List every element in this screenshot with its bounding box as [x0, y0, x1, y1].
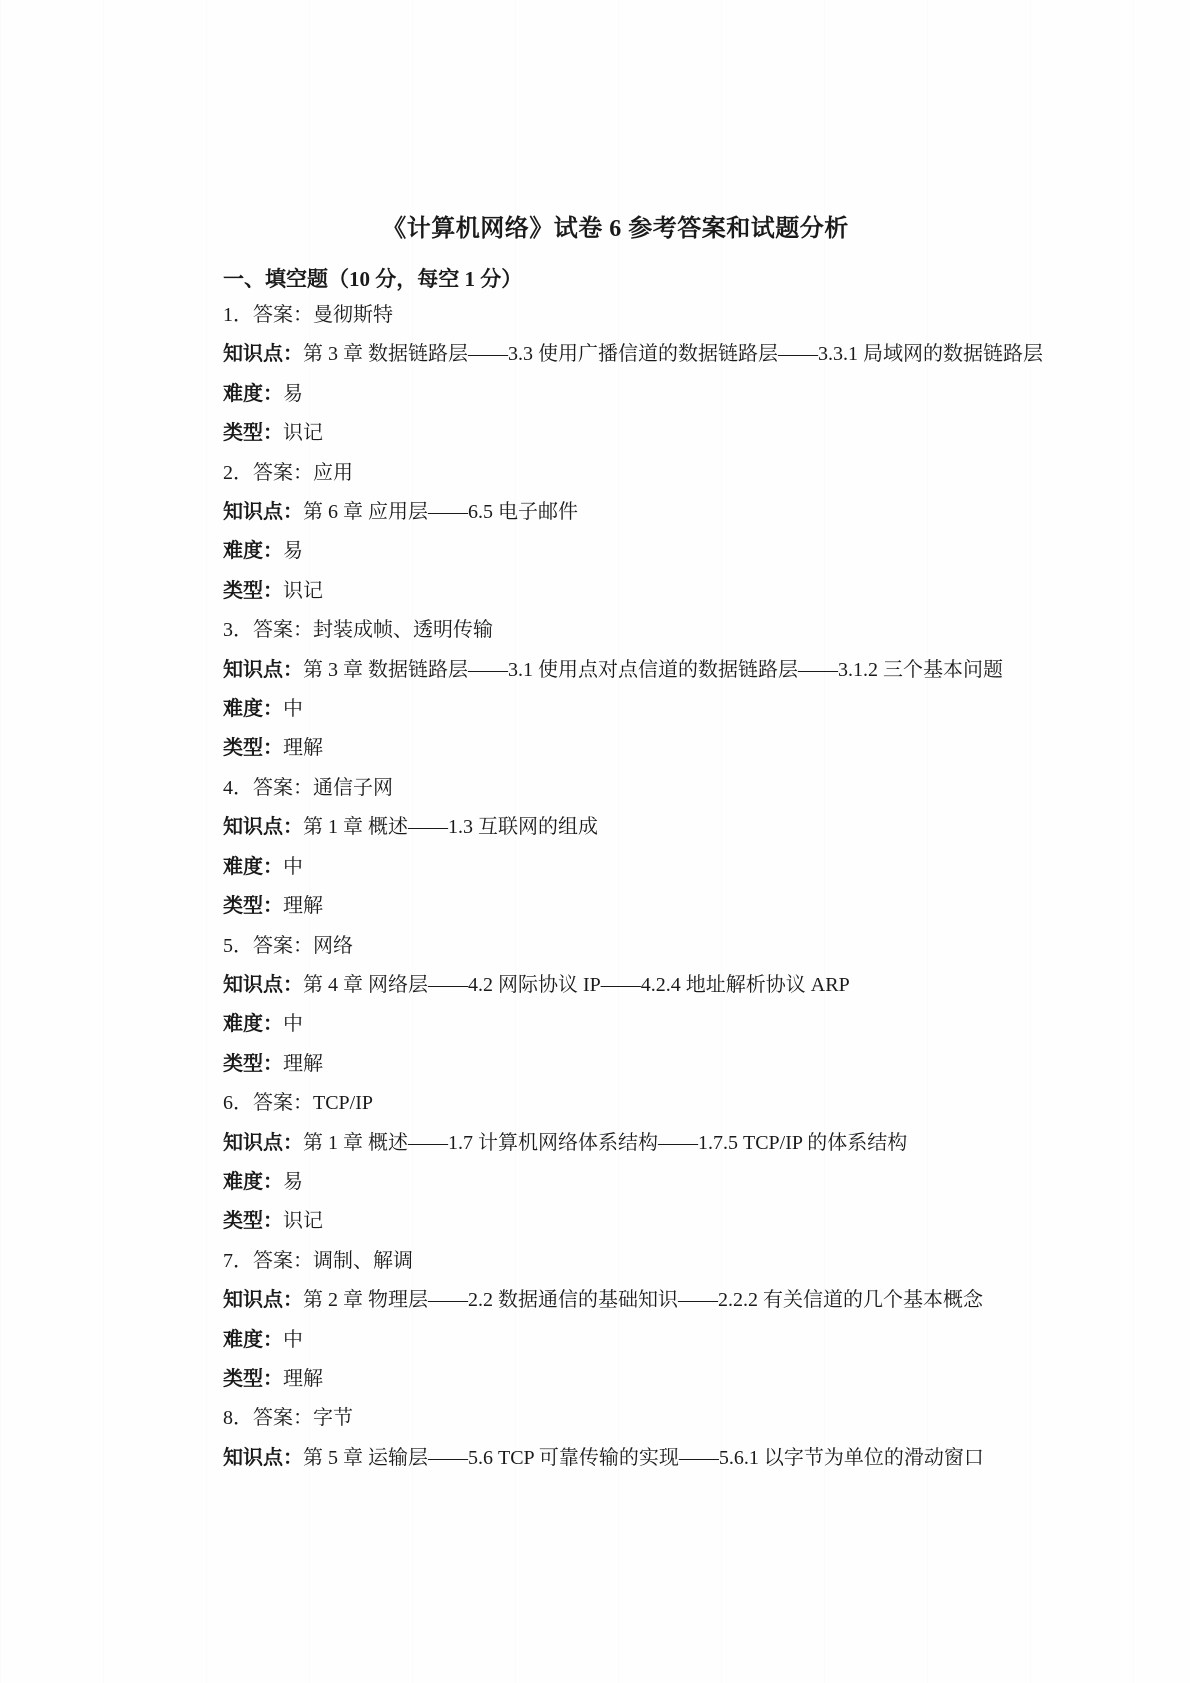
- difficulty-line: 难度：中: [223, 1005, 1058, 1044]
- type-line: 类型：识记: [223, 1202, 1058, 1241]
- question-item: 6．答案：TCP/IP 知识点：第 1 章 概述——1.7 计算机网络体系结构—…: [223, 1084, 1058, 1242]
- type-label: 类型：: [223, 737, 283, 759]
- difficulty-value: 易: [283, 1171, 303, 1193]
- type-line: 类型：理解: [223, 729, 1058, 768]
- section-heading: 一、填空题（10 分，每空 1 分）: [223, 265, 1058, 293]
- knowledge-label: 知识点：: [223, 1289, 303, 1311]
- type-value: 理解: [283, 1053, 323, 1075]
- item-number: 7．: [223, 1250, 253, 1272]
- question-item: 5．答案：网络 知识点：第 4 章 网络层——4.2 网际协议 IP——4.2.…: [223, 927, 1058, 1085]
- answer-line: 5．答案：网络: [223, 927, 1058, 966]
- item-number: 6．: [223, 1092, 253, 1114]
- answer-label: 答案：: [253, 619, 313, 641]
- knowledge-value: 第 1 章 概述——1.7 计算机网络体系结构——1.7.5 TCP/IP 的体…: [303, 1132, 907, 1154]
- item-number: 5．: [223, 935, 253, 957]
- item-number: 2．: [223, 462, 253, 484]
- answer-label: 答案：: [253, 304, 313, 326]
- knowledge-label: 知识点：: [223, 974, 303, 996]
- difficulty-value: 易: [283, 540, 303, 562]
- difficulty-label: 难度：: [223, 1171, 283, 1193]
- answer-list: 1．答案：曼彻斯特 知识点：第 3 章 数据链路层——3.3 使用广播信道的数据…: [223, 296, 1058, 1478]
- difficulty-value: 中: [283, 856, 303, 878]
- difficulty-label: 难度：: [223, 856, 283, 878]
- type-label: 类型：: [223, 580, 283, 602]
- type-label: 类型：: [223, 1053, 283, 1075]
- knowledge-line: 知识点：第 1 章 概述——1.3 互联网的组成: [223, 808, 1058, 847]
- knowledge-value: 第 3 章 数据链路层——3.1 使用点对点信道的数据链路层——3.1.2 三个…: [303, 659, 1003, 681]
- answer-line: 1．答案：曼彻斯特: [223, 296, 1058, 335]
- knowledge-line: 知识点：第 3 章 数据链路层——3.3 使用广播信道的数据链路层——3.3.1…: [223, 335, 1058, 374]
- knowledge-line: 知识点：第 5 章 运输层——5.6 TCP 可靠传输的实现——5.6.1 以字…: [223, 1439, 1058, 1478]
- answer-label: 答案：: [253, 777, 313, 799]
- difficulty-line: 难度：易: [223, 1163, 1058, 1202]
- knowledge-label: 知识点：: [223, 1132, 303, 1154]
- type-label: 类型：: [223, 422, 283, 444]
- question-item: 7．答案：调制、解调 知识点：第 2 章 物理层——2.2 数据通信的基础知识—…: [223, 1242, 1058, 1400]
- type-line: 类型：识记: [223, 572, 1058, 611]
- item-number: 8．: [223, 1407, 253, 1429]
- knowledge-value: 第 6 章 应用层——6.5 电子邮件: [303, 501, 578, 523]
- type-line: 类型：识记: [223, 414, 1058, 453]
- answer-line: 6．答案：TCP/IP: [223, 1084, 1058, 1123]
- difficulty-label: 难度：: [223, 540, 283, 562]
- answer-label: 答案：: [253, 1092, 313, 1114]
- type-label: 类型：: [223, 1368, 283, 1390]
- answer-label: 答案：: [253, 1250, 313, 1272]
- knowledge-label: 知识点：: [223, 659, 303, 681]
- difficulty-line: 难度：中: [223, 1321, 1058, 1360]
- type-label: 类型：: [223, 1210, 283, 1232]
- answer-label: 答案：: [253, 935, 313, 957]
- answer-value: TCP/IP: [313, 1092, 373, 1114]
- knowledge-label: 知识点：: [223, 816, 303, 838]
- question-item: 4．答案：通信子网 知识点：第 1 章 概述——1.3 互联网的组成 难度：中 …: [223, 769, 1058, 927]
- answer-value: 应用: [313, 462, 353, 484]
- knowledge-value: 第 1 章 概述——1.3 互联网的组成: [303, 816, 598, 838]
- answer-label: 答案：: [253, 1407, 313, 1429]
- answer-line: 3．答案：封装成帧、透明传输: [223, 611, 1058, 650]
- document-content: 《计算机网络》试卷 6 参考答案和试题分析 一、填空题（10 分，每空 1 分）…: [223, 215, 1058, 1478]
- type-value: 识记: [283, 422, 323, 444]
- difficulty-line: 难度：易: [223, 375, 1058, 414]
- type-value: 理解: [283, 895, 323, 917]
- difficulty-value: 易: [283, 383, 303, 405]
- answer-line: 4．答案：通信子网: [223, 769, 1058, 808]
- difficulty-line: 难度：易: [223, 532, 1058, 571]
- type-line: 类型：理解: [223, 1045, 1058, 1084]
- knowledge-label: 知识点：: [223, 343, 303, 365]
- difficulty-label: 难度：: [223, 383, 283, 405]
- type-value: 识记: [283, 1210, 323, 1232]
- type-line: 类型：理解: [223, 1360, 1058, 1399]
- answer-value: 通信子网: [313, 777, 393, 799]
- type-value: 识记: [283, 580, 323, 602]
- knowledge-label: 知识点：: [223, 1447, 303, 1469]
- answer-line: 7．答案：调制、解调: [223, 1242, 1058, 1281]
- difficulty-label: 难度：: [223, 1329, 283, 1351]
- difficulty-label: 难度：: [223, 698, 283, 720]
- answer-value: 调制、解调: [313, 1250, 413, 1272]
- knowledge-line: 知识点：第 1 章 概述——1.7 计算机网络体系结构——1.7.5 TCP/I…: [223, 1124, 1058, 1163]
- document-page: 《计算机网络》试卷 6 参考答案和试题分析 一、填空题（10 分，每空 1 分）…: [0, 0, 1190, 1683]
- type-line: 类型：理解: [223, 887, 1058, 926]
- difficulty-line: 难度：中: [223, 690, 1058, 729]
- difficulty-value: 中: [283, 1013, 303, 1035]
- page-title: 《计算机网络》试卷 6 参考答案和试题分析: [198, 215, 1033, 243]
- item-number: 4．: [223, 777, 253, 799]
- answer-value: 字节: [313, 1407, 353, 1429]
- question-item: 8．答案：字节 知识点：第 5 章 运输层——5.6 TCP 可靠传输的实现——…: [223, 1399, 1058, 1478]
- knowledge-value: 第 5 章 运输层——5.6 TCP 可靠传输的实现——5.6.1 以字节为单位…: [303, 1447, 984, 1469]
- answer-value: 网络: [313, 935, 353, 957]
- answer-label: 答案：: [253, 462, 313, 484]
- knowledge-value: 第 3 章 数据链路层——3.3 使用广播信道的数据链路层——3.3.1 局域网…: [303, 343, 1043, 365]
- question-item: 1．答案：曼彻斯特 知识点：第 3 章 数据链路层——3.3 使用广播信道的数据…: [223, 296, 1058, 454]
- answer-line: 8．答案：字节: [223, 1399, 1058, 1438]
- answer-value: 曼彻斯特: [313, 304, 393, 326]
- type-value: 理解: [283, 1368, 323, 1390]
- difficulty-label: 难度：: [223, 1013, 283, 1035]
- knowledge-label: 知识点：: [223, 501, 303, 523]
- item-number: 3．: [223, 619, 253, 641]
- type-label: 类型：: [223, 895, 283, 917]
- type-value: 理解: [283, 737, 323, 759]
- knowledge-value: 第 4 章 网络层——4.2 网际协议 IP——4.2.4 地址解析协议 ARP: [303, 974, 850, 996]
- answer-value: 封装成帧、透明传输: [313, 619, 493, 641]
- answer-line: 2．答案：应用: [223, 454, 1058, 493]
- difficulty-line: 难度：中: [223, 848, 1058, 887]
- knowledge-value: 第 2 章 物理层——2.2 数据通信的基础知识——2.2.2 有关信道的几个基…: [303, 1289, 983, 1311]
- knowledge-line: 知识点：第 2 章 物理层——2.2 数据通信的基础知识——2.2.2 有关信道…: [223, 1281, 1058, 1320]
- knowledge-line: 知识点：第 6 章 应用层——6.5 电子邮件: [223, 493, 1058, 532]
- difficulty-value: 中: [283, 698, 303, 720]
- difficulty-value: 中: [283, 1329, 303, 1351]
- question-item: 2．答案：应用 知识点：第 6 章 应用层——6.5 电子邮件 难度：易 类型：…: [223, 454, 1058, 612]
- item-number: 1．: [223, 304, 253, 326]
- question-item: 3．答案：封装成帧、透明传输 知识点：第 3 章 数据链路层——3.1 使用点对…: [223, 611, 1058, 769]
- knowledge-line: 知识点：第 3 章 数据链路层——3.1 使用点对点信道的数据链路层——3.1.…: [223, 651, 1058, 690]
- knowledge-line: 知识点：第 4 章 网络层——4.2 网际协议 IP——4.2.4 地址解析协议…: [223, 966, 1058, 1005]
